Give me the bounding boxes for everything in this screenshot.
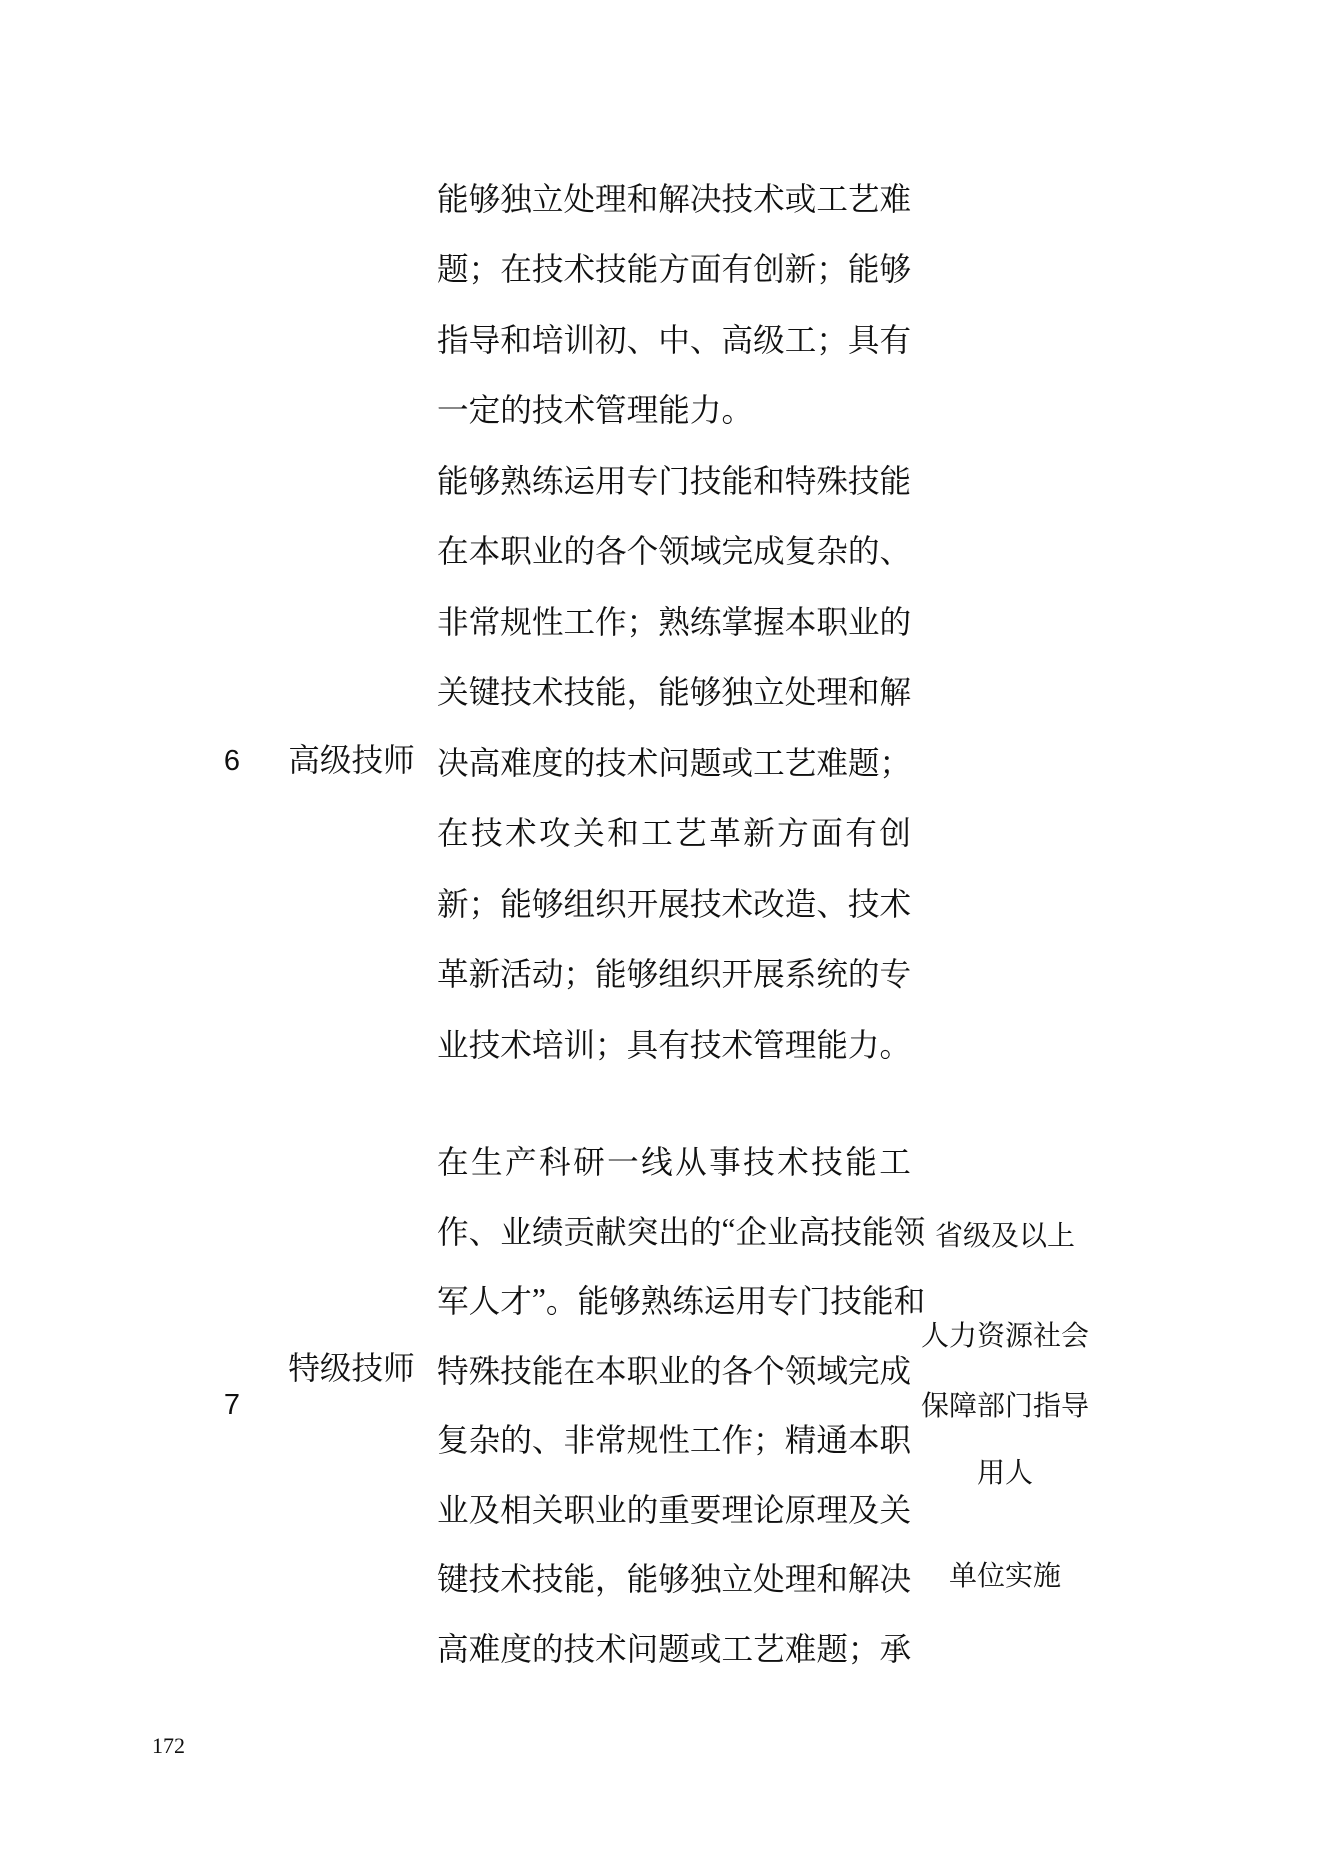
text-line: 高难度的技术问题或工艺难题；承 [437,1629,911,1665]
document-page: 能够独立处理和解决技术或工艺难题；在技术技能方面有创新；能够指导和培训初、中、高… [0,0,1323,1871]
text-line: 保障部门指导 [859,1389,1151,1425]
text-line: 在本职业的各个领域完成复杂的、 [437,532,911,568]
text-line: 在技术攻关和工艺革新方面有创 [437,814,911,850]
text-line: 作、业绩贡献突出的“企业高技能领 [437,1212,911,1248]
text-line: 指导和培训初、中、高级工；具有 [437,320,911,356]
page-number: 172 [152,1734,185,1758]
row6-index: 6 [212,743,252,779]
text-line: 省级及以上 [859,1219,1151,1255]
text-line: 一定的技术管理能力。 [437,391,911,427]
row7-title: 特级技师 [286,1351,417,1387]
text-line: 决高难度的技术问题或工艺难题； [437,743,911,779]
text-line: 用人 [859,1456,1151,1492]
row7-index: 7 [212,1387,252,1423]
text-line: 题；在技术技能方面有创新；能够 [437,250,911,286]
text-line: 关键技术技能，能够独立处理和解 [437,673,911,709]
text-line: 键技术技能，能够独立处理和解决 [437,1560,911,1596]
text-line: 军人才”。能够熟练运用专门技能和 [437,1282,911,1318]
text-line: 特殊技能在本职业的各个领域完成 [437,1351,911,1387]
text-line: 复杂的、非常规性工作；精通本职 [437,1421,911,1457]
text-line: 能够熟练运用专门技能和特殊技能 [437,461,911,497]
text-line: 业技术培训；具有技术管理能力。 [437,1025,911,1061]
text-line: 能够独立处理和解决技术或工艺难 [437,179,911,215]
text-line: 新；能够组织开展技术改造、技术 [437,884,911,920]
text-line: 业及相关职业的重要理论原理及关 [437,1490,911,1526]
text-line: 革新活动；能够组织开展系统的专 [437,955,911,991]
row6-title: 高级技师 [286,743,417,779]
text-line: 人力资源社会 [859,1319,1151,1355]
text-line: 在生产科研一线从事技术技能工 [437,1143,911,1179]
text-line: 非常规性工作；熟练掌握本职业的 [437,602,911,638]
text-line: 单位实施 [859,1559,1151,1595]
